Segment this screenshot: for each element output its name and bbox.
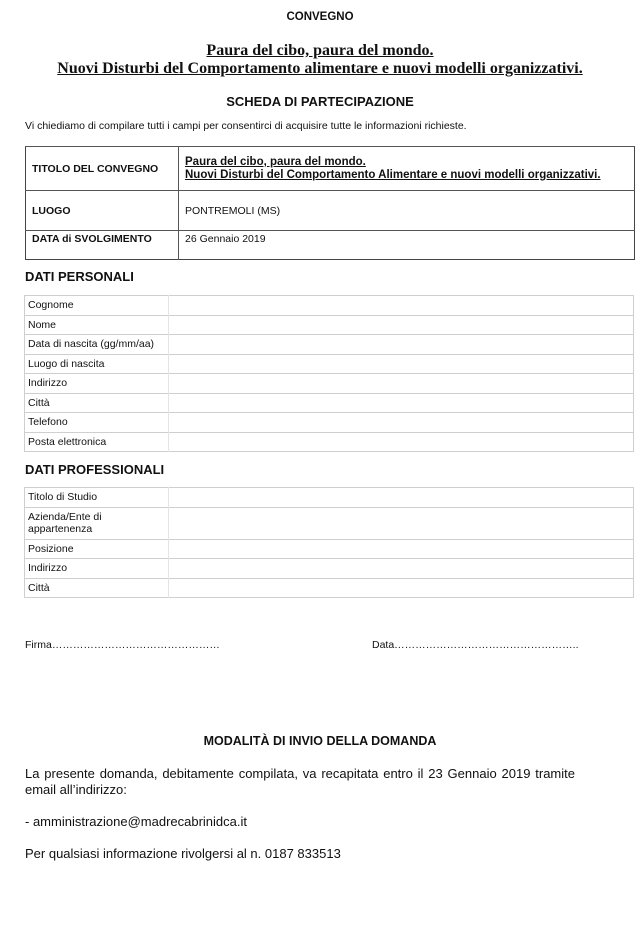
field-label: Titolo di Studio [25,488,169,508]
table-row: Telefono [25,413,634,433]
event-title-value-line1: Paura del cibo, paura del mondo. [185,156,628,169]
table-row: Città [25,578,634,598]
table-row: Posizione [25,539,634,559]
personal-data-table: Cognome Nome Data di nascita (gg/mm/aa) … [24,295,634,452]
field-label: Luogo di nascita [25,354,169,374]
form-title: SCHEDA DI PARTECIPAZIONE [0,94,640,109]
professional-data-heading: DATI PROFESSIONALI [25,462,164,477]
table-row: Luogo di nascita [25,354,634,374]
event-info-table: TITOLO DEL CONVEGNO Paura del cibo, paur… [25,146,635,260]
field-label: Indirizzo [25,374,169,394]
degree-field[interactable] [169,488,634,508]
intro-text: Vi chiediamo di compilare tutti i campi … [25,120,467,132]
table-row: Cognome [25,296,634,316]
birth-place-field[interactable] [169,354,634,374]
table-row: Indirizzo [25,559,634,579]
event-title-label: TITOLO DEL CONVEGNO [26,147,179,191]
contact-phone-text: Per qualsiasi informazione rivolgersi al… [25,846,574,862]
submission-email: - amministrazione@madrecabrinidca.it [25,814,574,830]
location-label: LUOGO [26,191,179,231]
field-label: Città [25,578,169,598]
field-label: Posizione [25,539,169,559]
name-field[interactable] [169,315,634,335]
table-row: Città [25,393,634,413]
table-row: Posta elettronica [25,432,634,452]
table-row: TITOLO DEL CONVEGNO Paura del cibo, paur… [26,147,635,191]
signature-line[interactable]: Firma………………………………………… [25,639,220,651]
field-label: Data di nascita (gg/mm/aa) [25,335,169,355]
city-field[interactable] [169,393,634,413]
personal-data-heading: DATI PERSONALI [25,269,134,284]
table-row: Indirizzo [25,374,634,394]
event-title-line1: Paura del cibo, paura del mondo. [0,42,640,60]
table-row: Titolo di Studio [25,488,634,508]
phone-field[interactable] [169,413,634,433]
surname-field[interactable] [169,296,634,316]
submission-instructions: La presente domanda, debitamente compila… [25,766,575,798]
birth-date-field[interactable] [169,335,634,355]
work-address-field[interactable] [169,559,634,579]
table-row: Nome [25,315,634,335]
signature-date-line[interactable]: Data…………………………………………….. [372,639,579,651]
field-label: Cognome [25,296,169,316]
email-field[interactable] [169,432,634,452]
date-label: DATA di SVOLGIMENTO [26,231,179,260]
table-row: Azienda/Ente di appartenenza [25,507,634,539]
event-title-line2: Nuovi Disturbi del Comportamento aliment… [0,60,640,78]
work-city-field[interactable] [169,578,634,598]
table-row: Data di nascita (gg/mm/aa) [25,335,634,355]
date-value: 26 Gennaio 2019 [179,231,635,260]
professional-data-table: Titolo di Studio Azienda/Ente di apparte… [24,487,634,598]
field-label: Indirizzo [25,559,169,579]
table-row: DATA di SVOLGIMENTO 26 Gennaio 2019 [26,231,635,260]
field-label: Telefono [25,413,169,433]
submission-heading: MODALITÀ DI INVIO DELLA DOMANDA [0,734,640,748]
table-row: LUOGO PONTREMOLI (MS) [26,191,635,231]
field-label: Azienda/Ente di appartenenza [25,507,169,539]
event-type-label: CONVEGNO [0,11,640,23]
event-title-value: Paura del cibo, paura del mondo. Nuovi D… [179,147,635,191]
location-value: PONTREMOLI (MS) [179,191,635,231]
event-title-value-line2: Nuovi Disturbi del Comportamento Aliment… [185,169,628,182]
address-field[interactable] [169,374,634,394]
position-field[interactable] [169,539,634,559]
field-label: Nome [25,315,169,335]
field-label: Posta elettronica [25,432,169,452]
organization-field[interactable] [169,507,634,539]
field-label: Città [25,393,169,413]
